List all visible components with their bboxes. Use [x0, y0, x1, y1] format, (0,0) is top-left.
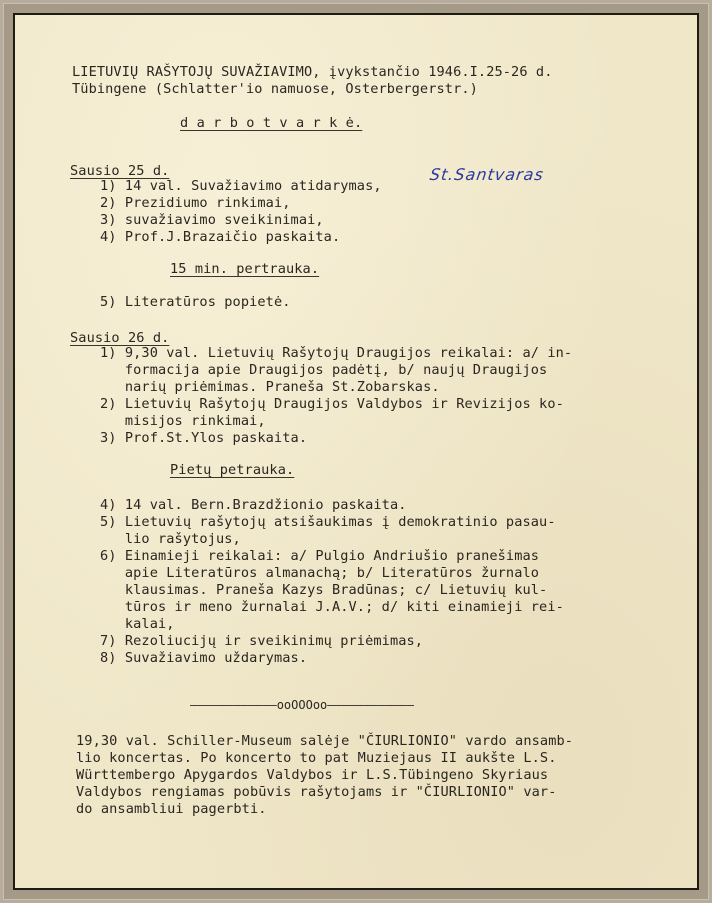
footer-line-1: 19,30 val. Schiller-Museum salėje "ČIURL…: [76, 733, 573, 750]
day2-item-6-line2: apie Literatūros almanachą; b/ Literatūr…: [100, 565, 539, 582]
footer-line-2: lio koncertas. Po koncerto to pat Muziej…: [76, 750, 556, 767]
footer-line-4: Valdybos rengiamas pobūvis rašytojams ir…: [76, 784, 556, 801]
day2-item-7: 7) Rezoliucijų ir sveikinimų priėmimas,: [100, 633, 423, 650]
day1-item-1: 1) 14 val. Suvažiavimo atidarymas,: [100, 178, 382, 195]
day1-item-4: 4) Prof.J.Brazaičio paskaita.: [100, 229, 340, 246]
day1-item-3: 3) suvažiavimo sveikinimai,: [100, 212, 324, 229]
day2-item-1-line2: formacija apie Draugijos padėtį, b/ nauj…: [100, 362, 547, 379]
handwritten-note: St.Santvaras: [429, 165, 546, 184]
day1-item-5: 5) Literatūros popietė.: [100, 294, 291, 311]
day2-item-6-line1: 6) Einamieji reikalai: a/ Pulgio Andriuš…: [100, 548, 539, 565]
day2-item-6-line4: tūros ir meno žurnalai J.A.V.; d/ kiti e…: [100, 599, 564, 616]
day2-item-6-line3: klausimas. Praneša Kazys Bradūnas; c/ Li…: [100, 582, 547, 599]
day1-break: 15 min. pertrauka.: [170, 261, 319, 278]
header-line-2: Tübingene (Schlatter'io namuose, Osterbe…: [72, 81, 478, 98]
header-line-1: LIETUVIŲ RAŠYTOJŲ SUVAŽIAVIMO, įvykstanč…: [72, 64, 552, 81]
day2-item-6-line5: kalai,: [100, 616, 175, 633]
day2-item-8: 8) Suvažiavimo uždarymas.: [100, 650, 307, 667]
footer-line-5: do ansambliui pagerbti.: [76, 801, 267, 818]
day2-item-5-line2: lio rašytojus,: [100, 531, 241, 548]
separator-line: ————————————ooOOOoo————————————: [190, 698, 414, 712]
footer-line-3: Württembergo Apygardos Valdybos ir L.S.T…: [76, 767, 548, 784]
day2-item-5-line1: 5) Lietuvių rašytojų atsišaukimas į demo…: [100, 514, 556, 531]
day2-item-2-line1: 2) Lietuvių Rašytojų Draugijos Valdybos …: [100, 396, 564, 413]
day2-break: Pietų petrauka.: [170, 462, 294, 479]
day2-item-1-line3: narių priėmimas. Praneša St.Zobarskas.: [100, 379, 440, 396]
document-title: d a r b o t v a r k ė.: [180, 115, 362, 132]
day2-item-2-line2: misijos rinkimai,: [100, 413, 266, 430]
day2-item-3: 3) Prof.St.Ylos paskaita.: [100, 430, 307, 447]
day1-item-2: 2) Prezidiumo rinkimai,: [100, 195, 291, 212]
day2-item-4: 4) 14 val. Bern.Brazdžionio paskaita.: [100, 497, 407, 514]
day2-item-1-line1: 1) 9,30 val. Lietuvių Rašytojų Draugijos…: [100, 345, 572, 362]
